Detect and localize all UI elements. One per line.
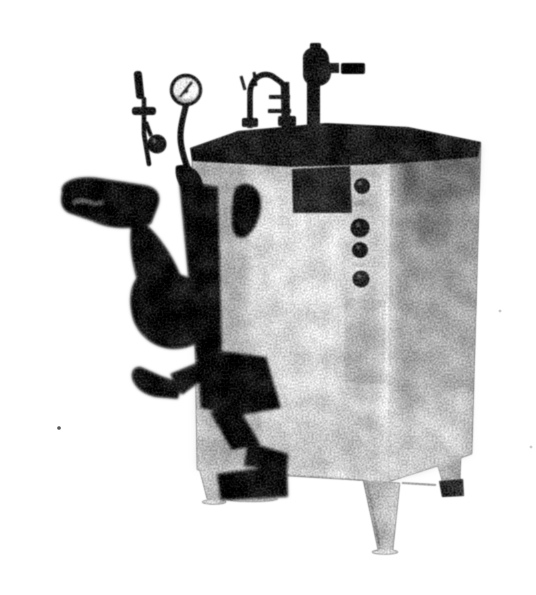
siphon-prong: [254, 72, 256, 86]
handwheel-highlight: [152, 139, 157, 144]
control-knob: [352, 242, 368, 258]
gauge-stand-pipe-cap: [134, 71, 145, 100]
control-knob: [354, 178, 370, 194]
shade-side-patch: [413, 191, 453, 251]
knob-highlight: [356, 223, 360, 227]
control-knob: [351, 219, 370, 238]
knob-highlight: [356, 245, 360, 249]
gauge-assembly: [132, 71, 203, 195]
knob-highlight: [357, 274, 361, 278]
scanned-photo-figure: Black-and-white photograph of a small el…: [40, 16, 536, 579]
gauge-hub: [184, 89, 188, 93]
siphon-prong: [241, 76, 245, 90]
control-knob: [353, 271, 370, 288]
valve-handle: [132, 367, 182, 399]
access-panel: [344, 298, 386, 384]
steam-boiler-unit: [61, 43, 481, 555]
film-speck: [57, 426, 61, 430]
safety-valve-cap: [310, 43, 321, 52]
rear-right-foot: [439, 479, 464, 497]
steam-outlet-pipe: [341, 63, 365, 74]
film-speck: [530, 446, 533, 449]
top-piping: [241, 43, 365, 128]
film-speck: [499, 310, 502, 313]
panel-mark: [354, 201, 365, 206]
gauge-shutoff-valve: [132, 107, 156, 115]
handwheel-stem: [146, 122, 151, 136]
safety-valve-body: [303, 47, 331, 86]
boiler-photograph: Black-and-white photograph of a small el…: [40, 16, 536, 579]
ground-shadow: [202, 500, 226, 505]
knob-highlight: [358, 181, 362, 185]
panel-mark: [353, 263, 365, 267]
safety-valve-pipe: [307, 82, 320, 128]
handwheel-valve: [148, 135, 167, 154]
instrument-plate: [292, 166, 352, 213]
ground-shadow-line: [402, 483, 436, 485]
valve-connector: [328, 63, 339, 73]
ground-shadow: [372, 550, 398, 555]
pipe-base: [242, 118, 258, 127]
pipe-base: [278, 116, 296, 126]
